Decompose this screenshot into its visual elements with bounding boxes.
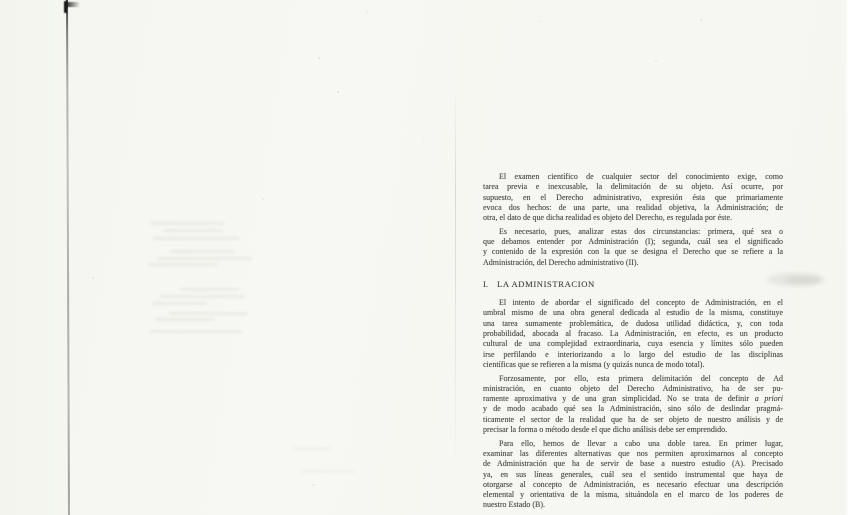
text-line: de Administración que ha de servir de ba… [483, 459, 783, 469]
italic-term: a priori [755, 394, 783, 403]
text-line: Forzosamente, por ello, esta primera del… [483, 374, 783, 384]
text-line: científicas que se refieren a la misma (… [483, 360, 783, 370]
text-line: El intento de abordar el significado del… [483, 298, 783, 308]
text-line: ministración, en cuanto objeto del Derec… [483, 384, 783, 394]
text-line: ya, en sus líneas generales, cuál sea el… [483, 470, 783, 480]
page-fold-line [66, 0, 70, 515]
section-heading: I.LA ADMINISTRACION [483, 279, 783, 289]
text-line: y contenido de la expresión con la que s… [483, 247, 783, 257]
text-line: examinar las diferentes alternativas que… [483, 449, 783, 459]
text-line: evoca dos hechos: de una parte, una real… [483, 203, 783, 213]
page-margin-strip [0, 0, 66, 515]
paragraph: El examen científico de cualquier sector… [483, 172, 783, 223]
text-line: Administración, del Derecho administrati… [483, 258, 783, 268]
text-line: elemental y orientativa de la misma, sit… [483, 490, 783, 500]
text-line: probabilidad, abocada al fracaso. La Adm… [483, 329, 783, 339]
paragraph: El intento de abordar el significado del… [483, 298, 783, 370]
paragraph: Es necesario, pues, analizar estas dos c… [483, 227, 783, 268]
text-line: supuesto, en el Derecho administrativo, … [483, 193, 783, 203]
text-line: irse perfilando e interiorizando a lo la… [483, 350, 783, 360]
text-line: ramente aproximativa y de una gran simpl… [483, 394, 783, 404]
text-line: precisar la forma o método desde el que … [483, 425, 783, 435]
page-corner-mark [65, 2, 80, 7]
heading-title: LA ADMINISTRACION [497, 279, 595, 289]
text-line: una tarea sumamente problemática, de dud… [483, 319, 783, 329]
scan-smudge [786, 276, 820, 284]
heading-numeral: I. [483, 279, 488, 289]
text-line: y de modo acabado qué sea la Administrac… [483, 404, 783, 414]
text-line: que debamos entender por Administración … [483, 237, 783, 247]
text-line: cultural de una complejidad extraordinar… [483, 339, 783, 349]
text-line: nuestro Estado (B). [483, 500, 783, 510]
text-line: otra, el dato de que dicha realidad es o… [483, 213, 783, 223]
text-segment: ramente aproximativa y de una gran simpl… [483, 394, 755, 403]
text-line: otorgarse al concepto de Administración,… [483, 480, 783, 490]
text-line: Es necesario, pues, analizar estas dos c… [483, 227, 783, 237]
body-text: El examen científico de cualquier sector… [483, 172, 783, 511]
text-line: umbral mismo de una obra general dedicad… [483, 308, 783, 318]
paragraph: Forzosamente, por ello, esta primera del… [483, 374, 783, 436]
scan-crease [455, 86, 456, 470]
paragraph: Para ello, hemos de llevar a cabo una do… [483, 439, 783, 511]
text-line: El examen científico de cualquier sector… [483, 172, 783, 182]
text-line: Para ello, hemos de llevar a cabo una do… [483, 439, 783, 449]
text-line: ticamente el sector de la realidad que h… [483, 415, 783, 425]
text-line: tarea previa e inexcusable, la delimitac… [483, 182, 783, 192]
scanned-book-page: El examen científico de cualquier sector… [0, 0, 848, 515]
